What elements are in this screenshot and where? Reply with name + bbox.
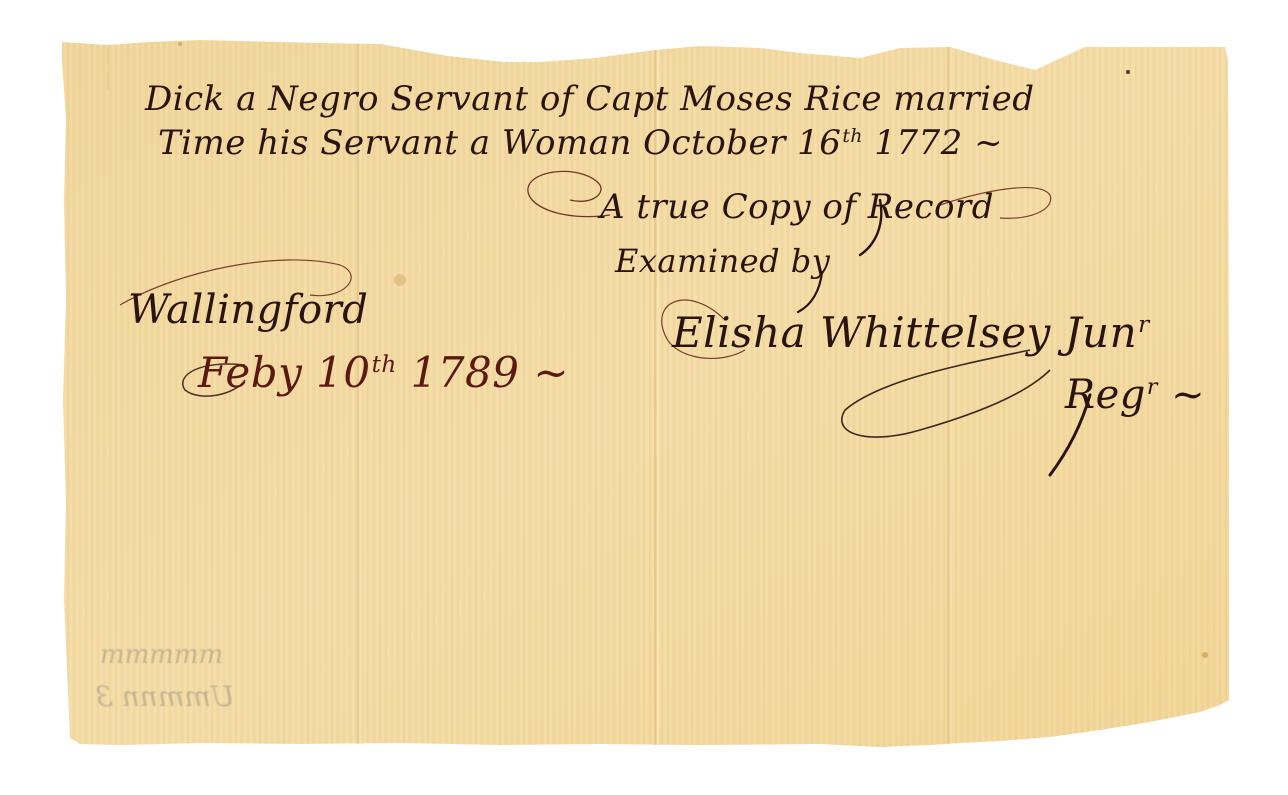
ordinal-suffix: th <box>842 126 863 147</box>
registrar-title: Reg <box>1065 372 1146 418</box>
signature-title: Regr ~ <box>1065 375 1205 415</box>
registrar-tail: ~ <box>1158 372 1205 418</box>
examined-by-text: Examined by <box>615 242 830 280</box>
wallingford-text: Wallingford <box>128 287 368 333</box>
true-copy-text: A true Copy of Record <box>600 187 994 227</box>
place-name: Wallingford <box>128 290 368 330</box>
record-line-1-text: Dick a Negro Servant of Capt <box>145 79 669 119</box>
record-year: 1772 ~ <box>863 123 1003 163</box>
signer-suffix: r <box>1138 312 1150 338</box>
attestation-line-1: A true Copy of Record <box>600 190 994 224</box>
date-line: Feby 10th 1789 ~ <box>198 352 569 394</box>
record-line-1-rest: Moses Rice married <box>669 79 1035 119</box>
faint-notation-2: Ummnn 3 <box>95 680 234 713</box>
signature-name: Elisha Whittelsey Junr <box>672 312 1150 354</box>
date-year: 1789 ~ <box>397 348 569 397</box>
signer-name: Elisha Whittelsey Jun <box>672 308 1137 357</box>
registrar-suffix: r <box>1147 375 1158 400</box>
date-text: Feby 10 <box>198 348 371 397</box>
attestation-line-2: Examined by <box>615 245 830 277</box>
faint-notation-1: mmmmm <box>100 640 223 670</box>
record-line-2-text: Time his Servant a Woman October 16 <box>158 123 841 163</box>
record-line-1: Dick a Negro Servant of Capt Moses Rice … <box>145 82 1035 116</box>
document-scan: Dick a Negro Servant of Capt Moses Rice … <box>0 0 1288 795</box>
date-ordinal-suffix: th <box>372 352 397 378</box>
record-line-2: Time his Servant a Woman October 16th 17… <box>158 126 1003 160</box>
